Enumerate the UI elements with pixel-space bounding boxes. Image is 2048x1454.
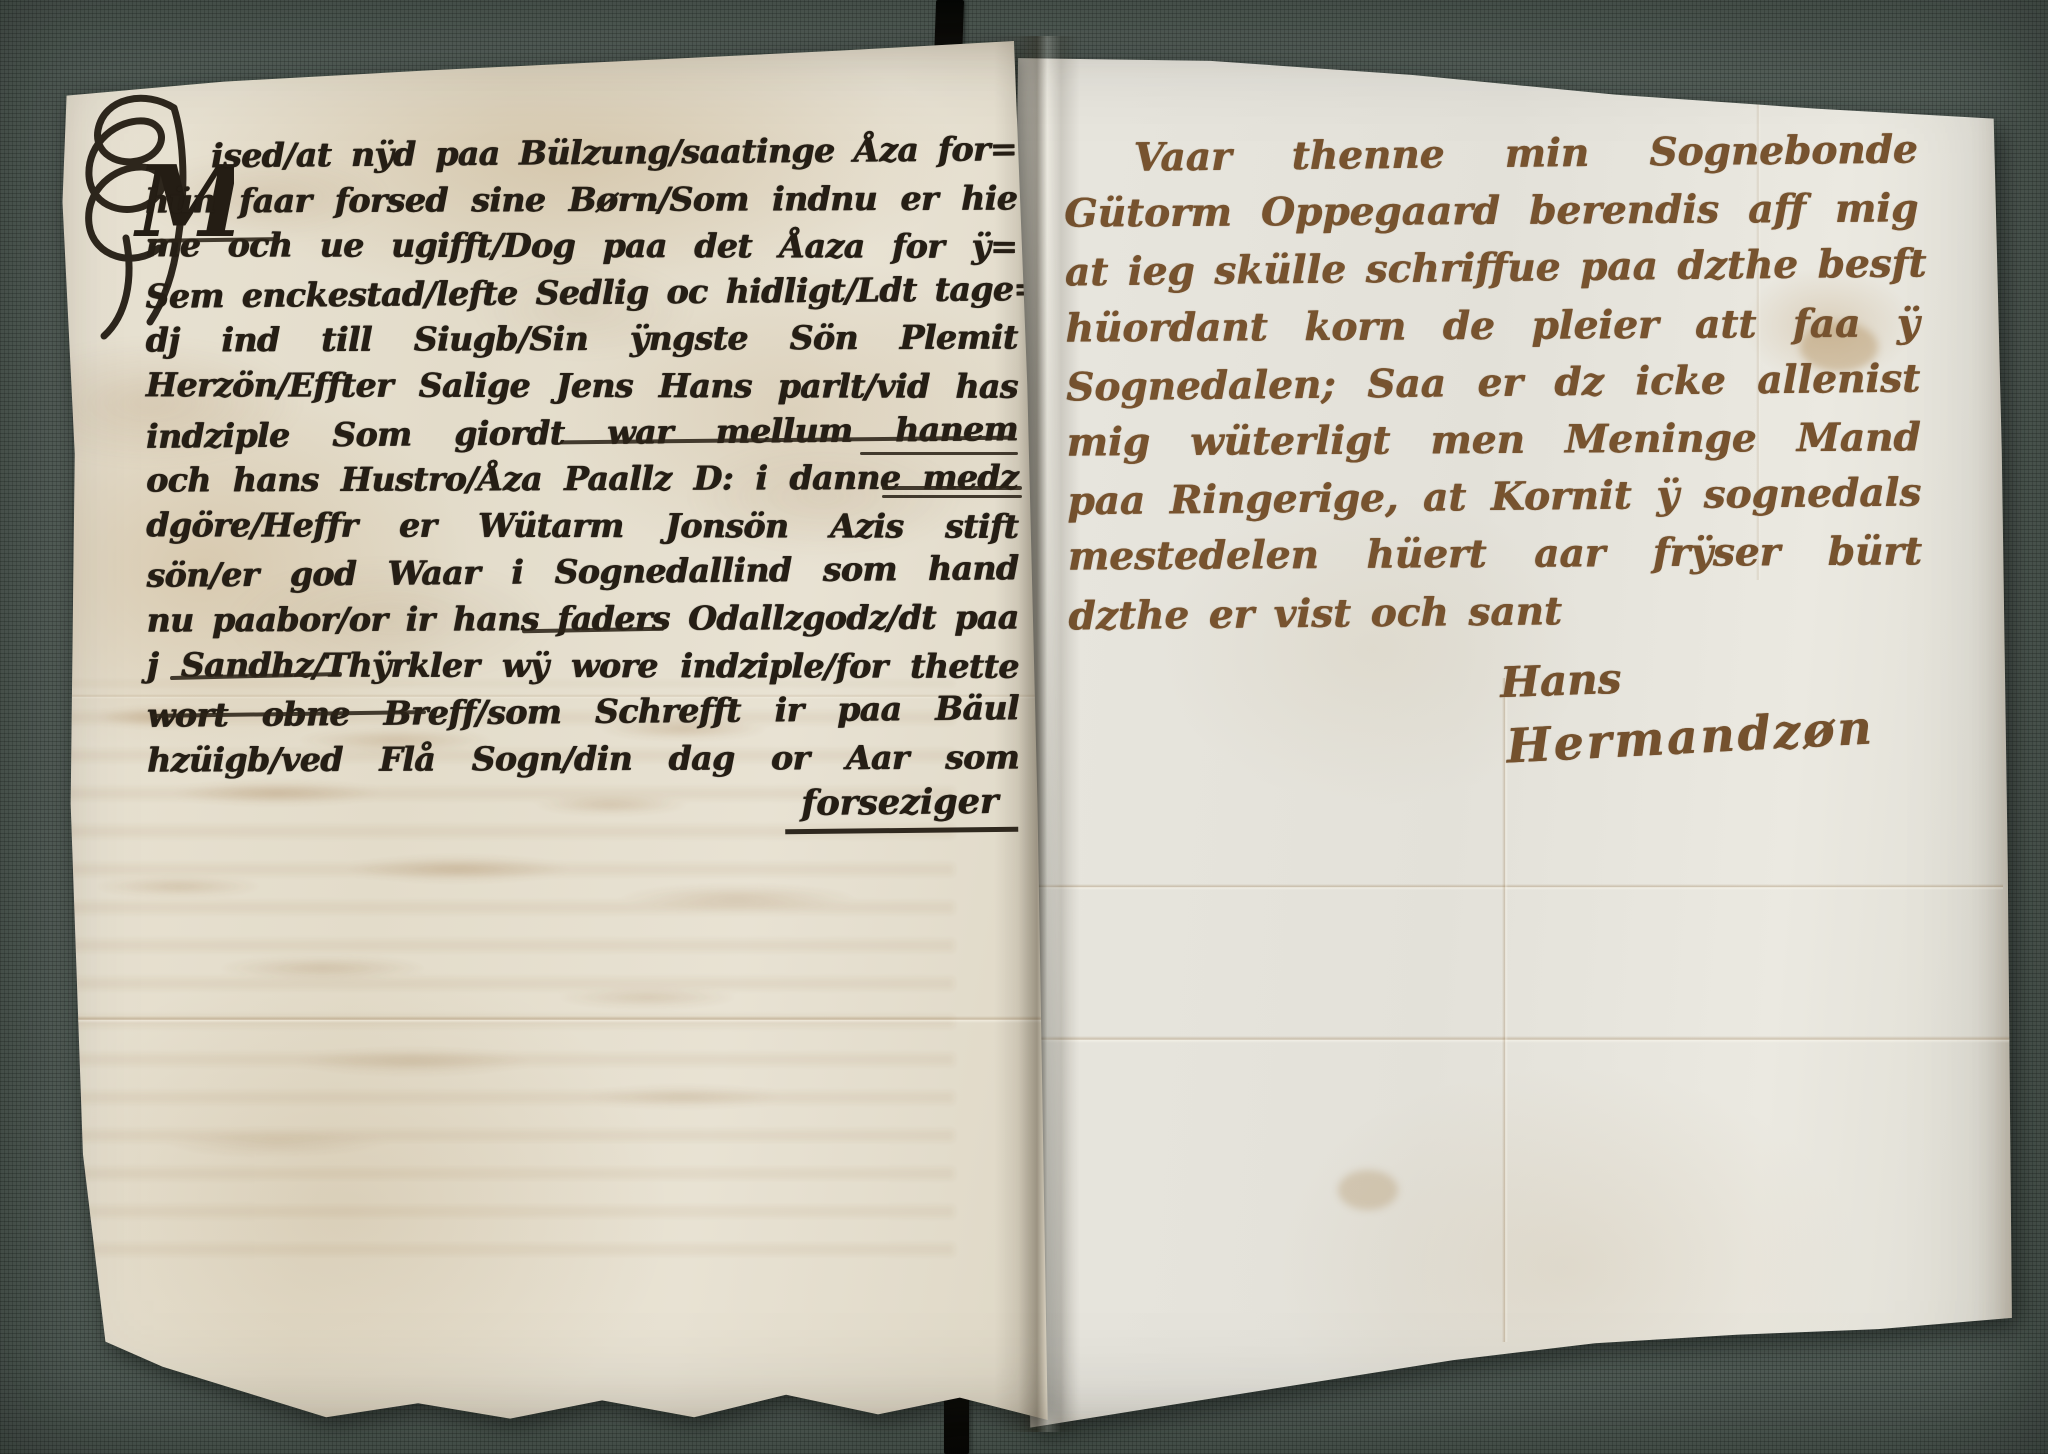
manuscript-line: mestedelen hüert aar frÿser bürt [1068,524,1922,586]
fold-crease-horizontal [1022,1036,2010,1043]
manuscript-line: dj ind till Siugb/Sin ÿngste Sön Plemit [146,315,1018,365]
manuscript-line: hüordant korn de pleier att faa ÿ [1065,295,1919,357]
manuscript-line: j Sandhz/Thÿrkler wÿ wore indziple/for t… [147,642,1019,690]
manuscript-line: nu paabor/or ir hans faders Odallzgodz/d… [146,594,1018,644]
manuscript-line: hün faar forsed sine Børn/Som indnu er h… [145,175,1017,225]
underlined-closing-word: forseziger [785,781,1019,834]
right-page-wrap: Vaar thenne min Sognebonde Gütorm Oppega… [1008,30,2020,1436]
left-page: M ised/at nÿd paa Bülzung/saatinge Åza f… [40,34,1062,1434]
manuscript-line: ised/at nÿd paa Bülzung/saatinge Åza for… [145,126,1017,180]
manuscript-text-right: Vaar thenne min Sognebonde Gütorm Oppega… [1063,122,1922,646]
signature-first-name: Hans [1499,654,1622,707]
manuscript-line: Herzön/Effter Salige Jens Hans parlt/vid… [146,362,1018,410]
manuscript-line: dzthe er vist och sant [1068,579,1923,645]
manuscript-line: at ieg skülle schriffue paa dzthe besft [1065,236,1920,302]
manuscript-line: hzüigb/ved Flå Sogn/din dag or Aar som [147,734,1019,784]
right-page: Vaar thenne min Sognebonde Gütorm Oppega… [1008,30,2020,1436]
fold-crease-horizontal [1028,884,2003,890]
archive-photograph: Vaar thenne min Sognebonde Gütorm Oppega… [0,0,2048,1454]
manuscript-line: sön/er god Waar i Sognedallind som hand [146,546,1018,600]
manuscript-line: Gütorm Oppegaard berendis aff mig [1064,181,1918,243]
manuscript-line: me och ue ugifft/Dog paa det Åaza for ÿ= [145,222,1017,270]
center-fold-shadow [994,36,1080,1432]
manuscript-line: paa Ringerige, at Kornit ÿ sognedals [1067,465,1922,531]
closing-word-row: forseziger [146,782,1018,833]
left-page-wrap: M ised/at nÿd paa Bülzung/saatinge Åza f… [40,34,1062,1434]
manuscript-text-left: ised/at nÿd paa Bülzung/saatinge Åza for… [145,128,1019,783]
manuscript-line: Sem enckestad/lefte Sedlig oc hidligt/Ld… [145,266,1017,320]
manuscript-line: dgöre/Heffr er Wütarm Jonsön Azis stift [146,502,1018,550]
manuscript-line: mig wüterligt men Meninge Mand [1066,409,1920,471]
manuscript-line: Sognedalen; Saa er dz icke allenist [1066,350,1921,416]
fold-crease-vertical [1502,678,1508,1342]
manuscript-line: Vaar thenne min Sognebonde [1063,122,1918,188]
signature-last-name: Hermandzøn [1505,700,1876,774]
paper-stain [1338,1170,1398,1210]
